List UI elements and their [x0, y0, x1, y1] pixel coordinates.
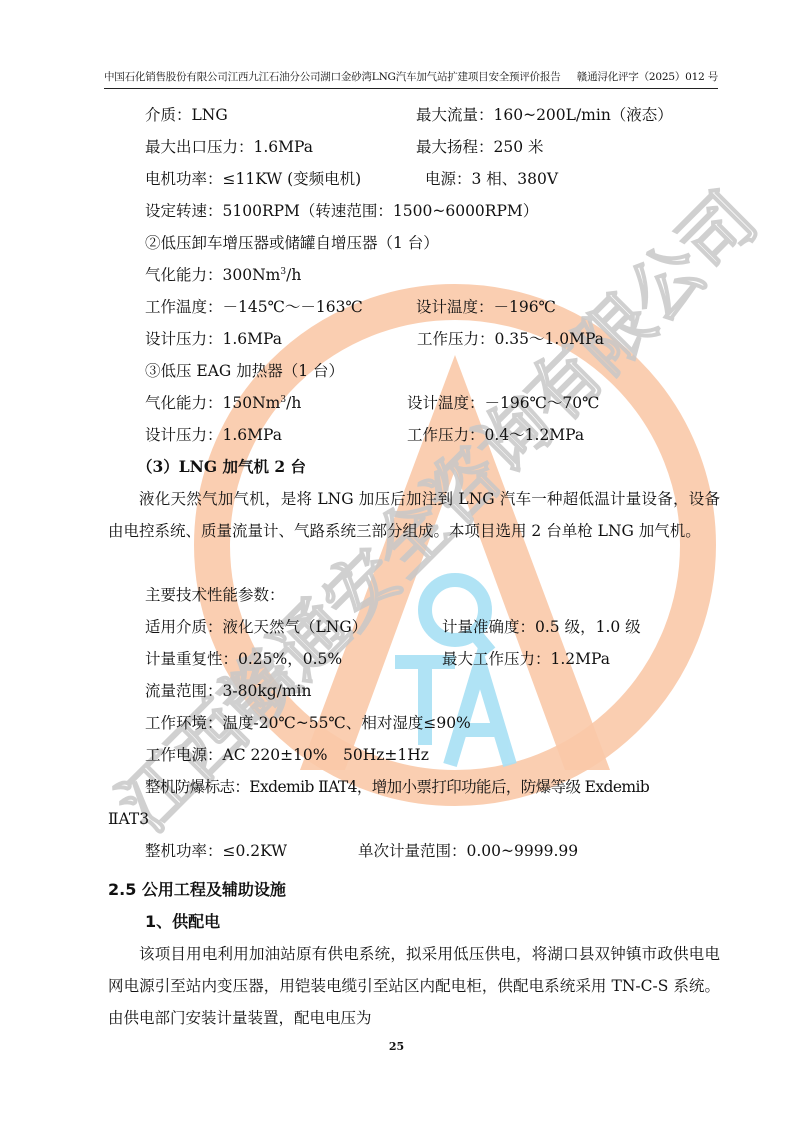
spec-set-speed: 设定转速：5100RPM（转速范围：1500~6000RPM） [145, 202, 538, 220]
spec-row: 最大出口压力：1.6MPa 最大扬程：250 米 [145, 137, 313, 157]
booster-design-pressure: 设计压力：1.6MPa [145, 330, 282, 348]
section-heading: 2.5 公用工程及辅助设施 [108, 880, 286, 900]
spec-row: 设计压力：1.6MPa 工作压力：0.4～1.2MPa [145, 425, 282, 445]
spec-row: 介质：LNG 最大流量：160~200L/min（液态） [145, 105, 228, 125]
dispenser-description: 液化天然气加气机，是将 LNG 加压后加注到 LNG 汽车一种超低温计量设备，设… [108, 483, 720, 547]
spec-row: 整机功率：≤0.2KW 单次计量范围：0.00~9999.99 [145, 841, 287, 861]
spec-row: 工作温度：－145℃～－163℃ 设计温度：－196℃ [145, 297, 363, 317]
booster-work-temp: 工作温度：－145℃～－163℃ [145, 298, 363, 316]
spec-row: 电机功率：≤11KW (变频电机) 电源：3 相、380V [145, 169, 361, 189]
dispenser-accuracy: 计量准确度：0.5 级，1.0 级 [442, 617, 641, 637]
page-number: 25 [0, 1040, 793, 1053]
page-header: 中国石化销售股份有限公司江西九江石油分公司湖口金砂湾LNG汽车加气站扩建项目安全… [104, 70, 718, 89]
dispenser-max-work-pressure: 最大工作压力：1.2MPa [442, 649, 610, 669]
dispenser-heading: （3）LNG 加气机 2 台 [137, 457, 306, 477]
spec-max-flow: 最大流量：160~200L/min（液态） [416, 105, 673, 125]
capacity-label: 气化能力：150Nm [145, 394, 280, 412]
dispenser-medium: 适用介质：液化天然气（LNG） [145, 618, 367, 636]
eag-heater-title: ③低压 EAG 加热器（1 台） [145, 361, 344, 381]
spec-medium: 介质：LNG [145, 106, 228, 124]
spec-row: 气化能力：300Nm3/h [145, 265, 301, 285]
spec-row: 计量重复性：0.25%，0.5% 最大工作压力：1.2MPa [145, 649, 342, 669]
params-intro: 主要技术性能参数： [145, 585, 285, 605]
booster-capacity: 气化能力：300Nm3/h [145, 266, 301, 284]
dispenser-flow-range: 流量范围：3-80kg/min [145, 681, 312, 701]
capacity-unit: /h [286, 266, 301, 284]
dispenser-environment: 工作环境：温度-20℃~55℃、相对湿度≤90% [145, 713, 471, 733]
booster-title: ②低压卸车增压器或储罐自增压器（1 台） [145, 233, 439, 253]
spec-row: 设定转速：5100RPM（转速范围：1500~6000RPM） [145, 201, 538, 221]
spec-max-head: 最大扬程：250 米 [416, 137, 544, 157]
booster-design-temp: 设计温度：－196℃ [416, 297, 556, 317]
power-supply-paragraph: 该项目用电利用加油站原有供电系统，拟采用低压供电，将湖口县双钟镇市政供电电网电源… [108, 938, 720, 1034]
subsection-heading: 1、供配电 [145, 912, 220, 932]
header-title: 中国石化销售股份有限公司江西九江石油分公司湖口金砂湾LNG汽车加气站扩建项目安全… [104, 70, 561, 84]
spec-row: 适用介质：液化天然气（LNG） 计量准确度：0.5 级，1.0 级 [145, 617, 367, 637]
eag-design-pressure: 设计压力：1.6MPa [145, 426, 282, 444]
document-page: 中国石化销售股份有限公司江西九江石油分公司湖口金砂湾LNG汽车加气站扩建项目安全… [0, 0, 793, 1122]
spec-max-outlet-pressure: 最大出口压力：1.6MPa [145, 138, 313, 156]
dispenser-power: 工作电源：AC 220±10% 50Hz±1Hz [145, 745, 429, 765]
dispenser-repeatability: 计量重复性：0.25%，0.5% [145, 650, 342, 668]
capacity-label: 气化能力：300Nm [145, 266, 280, 284]
spec-power-supply: 电源：3 相、380V [425, 169, 558, 189]
eag-work-pressure: 工作压力：0.4～1.2MPa [407, 425, 584, 445]
spec-row: 气化能力：150Nm3/h 设计温度：－196℃～70℃ [145, 393, 301, 413]
dispenser-total-power: 整机功率：≤0.2KW [145, 842, 287, 860]
spec-row: 设计压力：1.6MPa 工作压力：0.35～1.0MPa [145, 329, 282, 349]
eag-design-temp: 设计温度：－196℃～70℃ [407, 393, 600, 413]
dispenser-explosion-mark: 整机防爆标志：Exdemib ⅡAT4，增加小票打印功能后，防爆等级 Exdem… [145, 777, 720, 797]
dispenser-explosion-mark-cont: ⅡAT3 [108, 809, 149, 829]
booster-work-pressure: 工作压力：0.35～1.0MPa [417, 329, 604, 349]
capacity-unit: /h [286, 394, 301, 412]
spec-motor-power: 电机功率：≤11KW (变频电机) [145, 170, 361, 188]
header-report-code: 赣通浔化评字（2025）012 号 [577, 70, 718, 84]
eag-capacity: 气化能力：150Nm3/h [145, 394, 301, 412]
dispenser-single-range: 单次计量范围：0.00~9999.99 [358, 841, 578, 861]
